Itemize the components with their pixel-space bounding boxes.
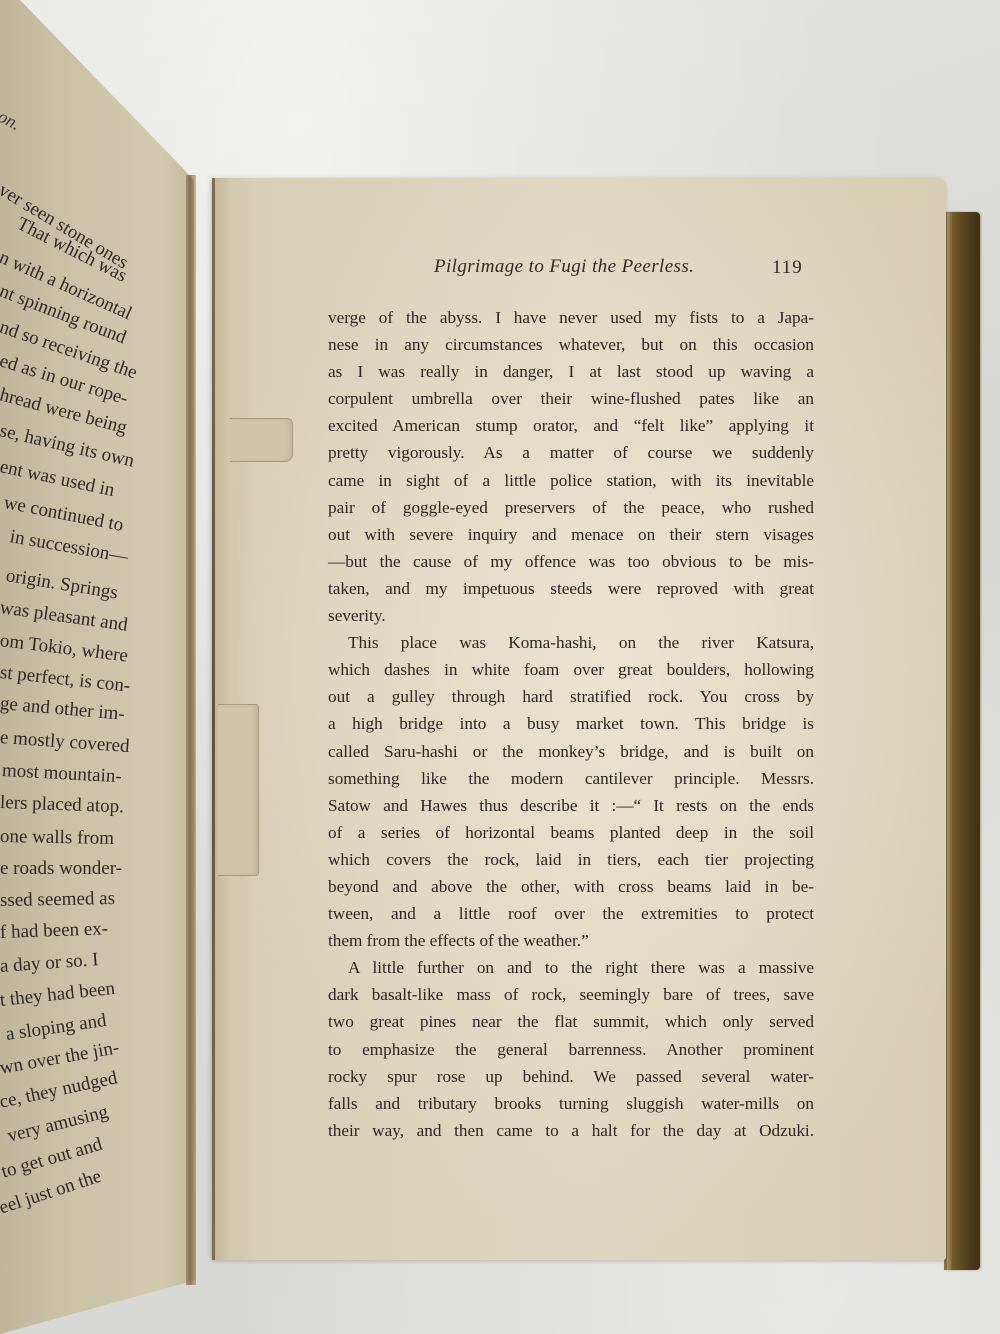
left-line: lers placed atop. xyxy=(0,792,124,818)
left-line: f had been ex- xyxy=(0,918,108,944)
running-head: Pilgrimage to Fugi the Peerless. 119 xyxy=(212,256,946,286)
text-line: a high bridge into a busy market town. T… xyxy=(328,710,814,737)
running-head-title: Pilgrimage to Fugi the Peerless. xyxy=(434,256,694,278)
text-line: Satow and Hawes thus describe it :—“ It … xyxy=(328,792,814,819)
text-line: A little further on and to the right the… xyxy=(328,954,814,981)
left-line: e roads wonder- xyxy=(0,858,122,880)
text-line: nese in any circumstances whatever, but … xyxy=(328,331,814,358)
text-line: tween, and a little roof over the extrem… xyxy=(328,900,814,927)
left-line: one walls from xyxy=(0,826,114,850)
left-line: ssed seemed as xyxy=(0,888,115,912)
text-line: taken, and my impetuous steeds were repr… xyxy=(328,575,814,602)
spine-crack xyxy=(212,178,215,1260)
left-line: st perfect, is con- xyxy=(0,662,131,698)
left-line: origin. Springs xyxy=(4,565,119,604)
book-cover-edge xyxy=(944,212,980,1270)
left-running-head-fragment: on. xyxy=(0,106,24,135)
text-line: pretty vigorously. As a matter of course… xyxy=(328,439,814,466)
left-line: a day or so. I xyxy=(0,949,99,978)
text-line: dark basalt-like mass of rock, seemingly… xyxy=(328,981,814,1008)
text-line: to emphasize the general barrenness. Ano… xyxy=(328,1036,814,1063)
page-number: 119 xyxy=(772,257,803,279)
text-line: as I was really in danger, I at last sto… xyxy=(328,358,814,385)
text-line: verge of the abyss. I have never used my… xyxy=(328,304,814,331)
left-line: ge and other im- xyxy=(0,693,126,726)
text-line: This place was Koma-hashi, on the river … xyxy=(328,629,814,656)
body-text: verge of the abyss. I have never used my… xyxy=(328,304,814,1144)
left-line: most mountain- xyxy=(1,760,122,788)
text-line: excited American stump orator, and “felt… xyxy=(328,412,814,439)
text-line: their way, and then came to a halt for t… xyxy=(328,1117,814,1144)
text-line: beyond and above the other, with cross b… xyxy=(328,873,814,900)
text-line: out with severe inquiry and menace on th… xyxy=(328,521,814,548)
text-line: corpulent umbrella over their wine-flush… xyxy=(328,385,814,412)
left-page-text: on. ver seen stone ones That which was n… xyxy=(0,0,200,1334)
book-photo: on. ver seen stone ones That which was n… xyxy=(0,0,1000,1334)
torn-paper-flap xyxy=(230,418,293,462)
text-line: which dashes in white foam over great bo… xyxy=(328,656,814,683)
text-line: out a gulley through hard stratified roc… xyxy=(328,683,814,710)
text-line: something like the modern cantilever pri… xyxy=(328,765,814,792)
text-line: them from the effects of the weather.” xyxy=(328,927,814,954)
right-page: Pilgrimage to Fugi the Peerless. 119 ver… xyxy=(212,178,946,1260)
text-line: —but the cause of my offence was too obv… xyxy=(328,548,814,575)
text-line: came in sight of a little police station… xyxy=(328,467,814,494)
left-line: e mostly covered xyxy=(0,727,130,758)
text-line: two great pines near the flat summit, wh… xyxy=(328,1008,814,1035)
text-line: rocky spur rose up behind. We passed sev… xyxy=(328,1063,814,1090)
text-line: of a series of horizontal beams planted … xyxy=(328,819,814,846)
torn-paper-strip xyxy=(218,704,259,876)
left-line: om Tokio, where xyxy=(0,630,129,668)
text-line: pair of goggle-eyed preservers of the pe… xyxy=(328,494,814,521)
text-line: which covers the rock, laid in tiers, ea… xyxy=(328,846,814,873)
text-line: falls and tributary brooks turning slugg… xyxy=(328,1090,814,1117)
text-line: called Saru-hashi or the monkey’s bridge… xyxy=(328,738,814,765)
left-line: t they had been xyxy=(0,978,116,1012)
text-line: severity. xyxy=(328,602,814,629)
